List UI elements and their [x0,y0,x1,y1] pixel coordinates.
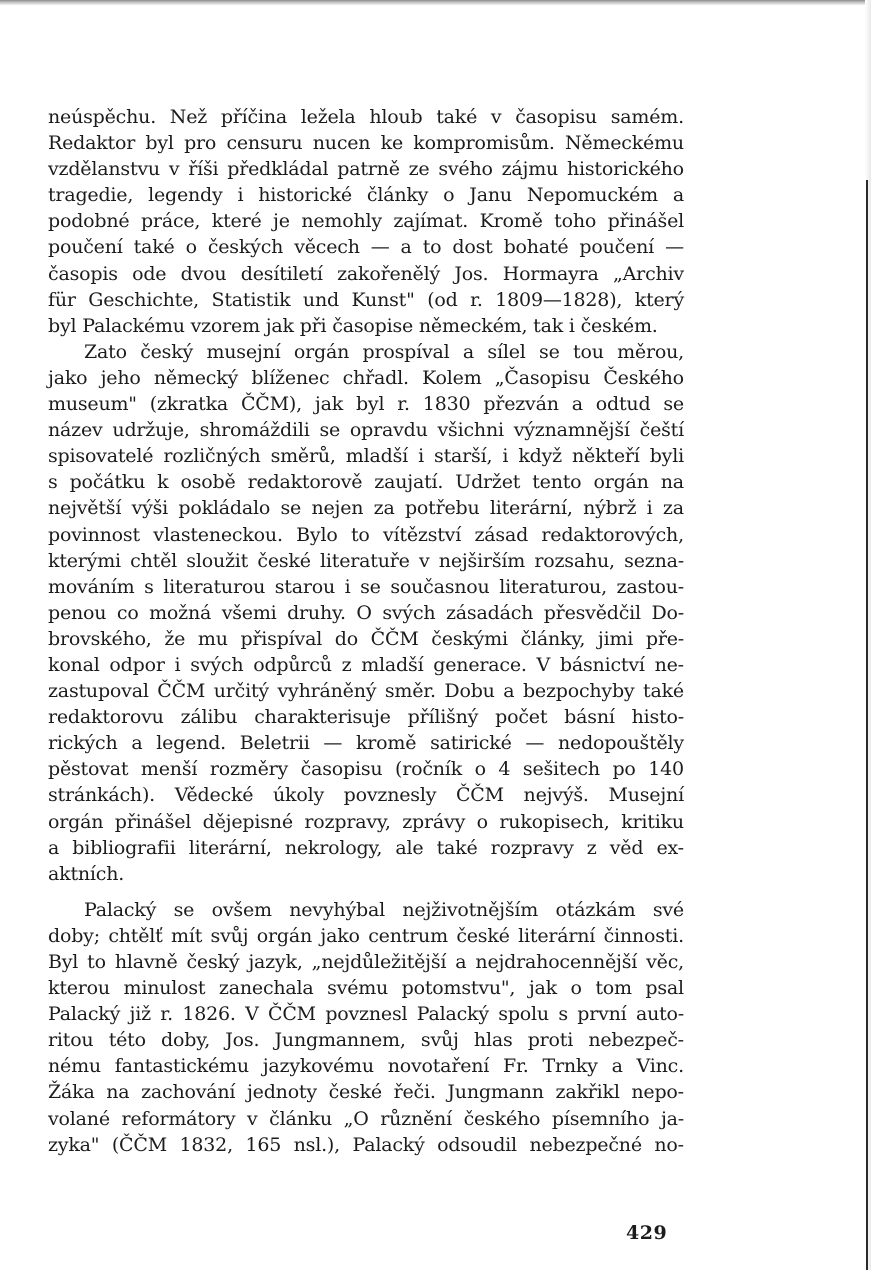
text-line: tragedie,legendyihistorickéčlánkyoJanuNe… [48,182,684,208]
text-line: stránkách).VědeckéúkolypovzneslyČČMnejvý… [48,782,684,808]
text-line: spočátkukosoběredaktorovězaujatí.Udržett… [48,469,684,495]
text-line: fürGeschichte,StatistikundKunst"(odr.180… [48,287,684,313]
text-line: museum"(zkratkaČČM),jakbylr.1830přezvána… [48,391,684,417]
text-line: byl Palackému vzorem jak při časopise ně… [48,313,684,339]
text-line: némufantastickémujazykovémunovotařeníFr.… [48,1053,684,1079]
text-line: orgánpřinášeldějepisnérozpravy,zprávyoru… [48,809,684,835]
text-line: Byltohlavněčeskýjazyk,„nejdůležitějšíane… [48,949,684,975]
text-line: abibliografiiliterární,nekrology,aletaké… [48,835,684,861]
text-line: zyka"(ČČM1832,165nsl.),Palackýodsoudilne… [48,1132,684,1158]
text-line: kterýmichtělsloužitčeskéliteratuřevnejši… [48,548,684,574]
text-line: neúspěchu.Nežpříčinaleželahloubtakévčaso… [48,104,684,130]
text-line: ritoutétodoby,Jos.Jungmannem,svůjhlaspro… [48,1027,684,1053]
text-line: redaktorovuzálibucharakterisujepřílišnýp… [48,704,684,730]
text-line: zastupovalČČMurčitývyhráněnýsměr.Dobuabe… [48,678,684,704]
paragraph: Palackýseovšemnevyhýbalnejživotnějšímotá… [48,897,684,1158]
page-body: neúspěchu.Nežpříčinaleželahloubtakévčaso… [48,104,684,1158]
text-line: povinnostvlasteneckou.Bylotovítězstvízás… [48,522,684,548]
text-line: Zatočeskýmusejníorgánprospívalasílelseto… [48,339,684,365]
text-line: časopisodedvoudesítiletízakořenělýJos.Ho… [48,261,684,287]
text-line: jakojehoněmeckýblíženecchřadl.Kolem„Časo… [48,365,684,391]
text-line: konalodporisvýchodpůrcůzmladšígenerace.V… [48,652,684,678]
text-line: volanéreformátoryvčlánku„Orůzněníčeského… [48,1106,684,1132]
text-line: největšívýšipokládalosenejenzapotřebulit… [48,495,684,521]
text-line: kterouminulostzanechalasvémupotomstvu",j… [48,975,684,1001]
text-line: rickýchalegend.Beletrii—kroměsatirické—n… [48,730,684,756]
text-line: aktních. [48,861,684,887]
text-line: vzdělanstvuvříšipředkládalpatrnězesvéhoz… [48,156,684,182]
page-number: 429 [626,1222,667,1244]
text-line: pěstovatmenšírozměryčasopisu(ročníko4seš… [48,756,684,782]
text-line: Žákanazachováníjednotyčeskéřeči.Jungmann… [48,1079,684,1105]
text-line: Palackýseovšemnevyhýbalnejživotnějšímotá… [48,897,684,923]
text-line: poučenítakéočeskýchvěcech—atodostbohatép… [48,234,684,260]
text-line: brovského,žemupřispívaldoČČMčeskýmičlánk… [48,626,684,652]
scan-top-edge [0,0,871,5]
text-line: spisovatelérozličnýchsměrů,mladšíistarší… [48,443,684,469]
text-line: názevudržuje,shromáždiliseopravduvšichni… [48,417,684,443]
scan-right-edge-line [866,180,868,1270]
paragraph: neúspěchu.Nežpříčinaleželahloubtakévčaso… [48,104,684,339]
text-line: Redaktorbylprocensurunucenkekompromisům.… [48,130,684,156]
text-line: penoucomožnávšemidruhy.Osvýchzásadáchpře… [48,600,684,626]
paragraph: Zatočeskýmusejníorgánprospívalasílelseto… [48,339,684,887]
paragraph-gap [48,887,684,897]
text-line: doby;chtělťmítsvůjorgánjakocentrumčeskél… [48,923,684,949]
text-line: podobnépráce,kteréjenemohlyzajímat.Kromě… [48,208,684,234]
text-line: Palackýjižr.1826.VČČMpovzneslPalackýspol… [48,1001,684,1027]
text-line: movánímsliteraturoustarouisesoučasnoulit… [48,574,684,600]
